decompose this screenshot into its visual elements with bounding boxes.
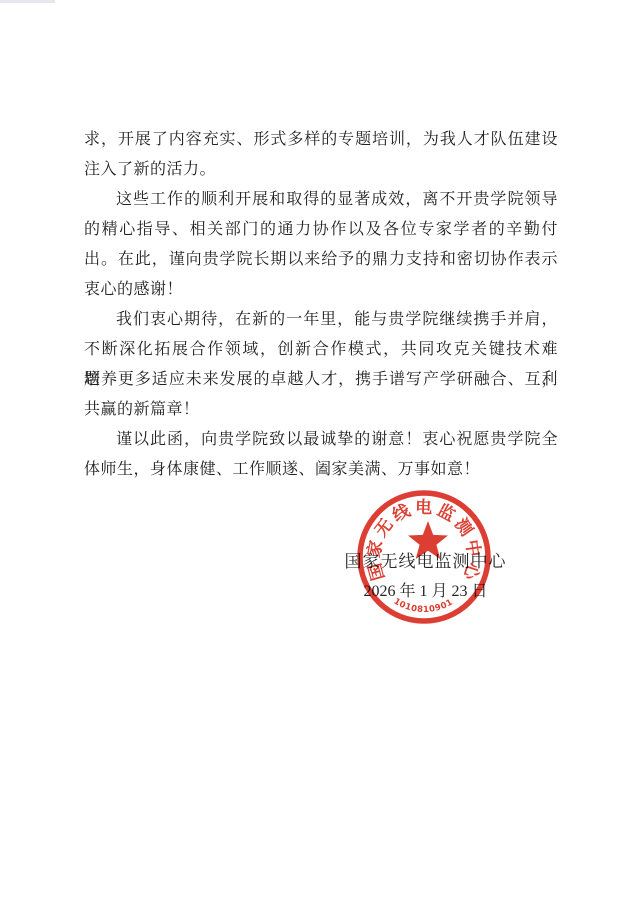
scan-artifact (0, 0, 55, 3)
official-seal: 国家无线电监测中心 1010810901888 (352, 485, 496, 629)
letter-page: 求，开展了内容充实、形式多样的专题培训，为我人才队伍建设 注入了新的活力。 这些… (0, 0, 639, 901)
body-line: 的精心指导、相关部门的通力协作以及各位专家学者的辛勤付 (84, 215, 558, 245)
letter-body: 求，开展了内容充实、形式多样的专题培训，为我人才队伍建设 注入了新的活力。 这些… (84, 125, 558, 485)
body-line: 培养更多适应未来发展的卓越人才，携手谱写产学研融合、互利 (84, 365, 558, 395)
body-line: 这些工作的顺利开展和取得的显著成效，离不开贵学院领导 (84, 185, 558, 215)
body-line: 我们衷心期待，在新的一年里，能与贵学院继续携手并肩， (84, 305, 558, 335)
body-line: 不断深化拓展合作领域，创新合作模式，共同攻克关键技术难题， (84, 335, 558, 365)
body-line: 体师生，身体康健、工作顺遂、阖家美满、万事如意！ (84, 455, 558, 485)
body-line: 共赢的新篇章！ (84, 395, 558, 425)
star-icon (408, 521, 448, 559)
body-line: 衷心的感谢！ (84, 275, 558, 305)
body-line: 谨以此函，向贵学院致以最诚挚的谢意！衷心祝愿贵学院全 (84, 425, 558, 455)
body-line: 求，开展了内容充实、形式多样的专题培训，为我人才队伍建设 (84, 125, 558, 155)
body-line: 出。在此，谨向贵学院长期以来给予的鼎力支持和密切协作表示 (84, 245, 558, 275)
body-line: 注入了新的活力。 (84, 155, 558, 185)
